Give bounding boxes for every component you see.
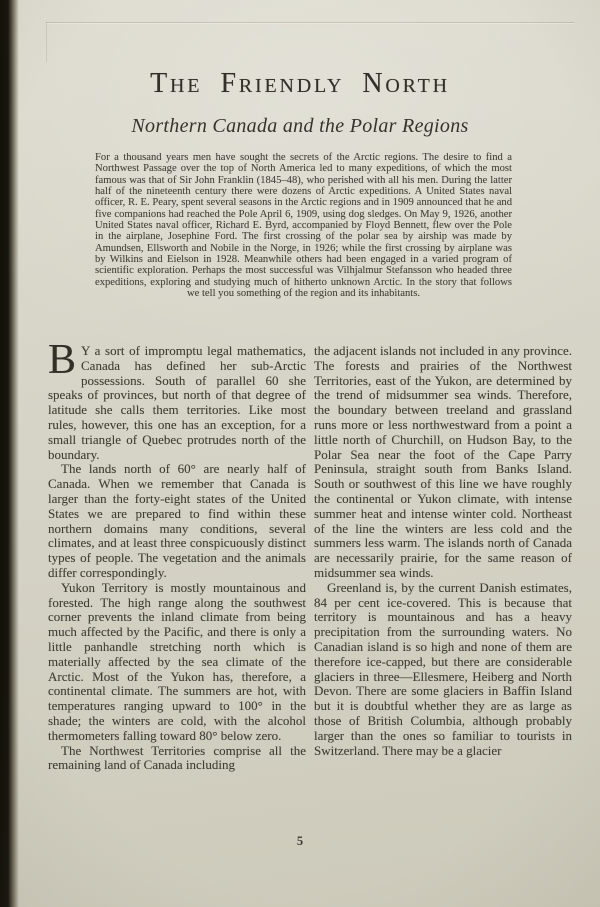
page-number: 5	[0, 834, 600, 849]
page-subtitle: Northern Canada and the Polar Regions	[0, 115, 600, 138]
page-content: The Friendly North Northern Canada and t…	[0, 0, 600, 907]
page-title: The Friendly North	[0, 68, 600, 100]
paragraph: Yukon Territory is mostly mountainous an…	[48, 581, 306, 744]
paragraph: The lands north of 60° are nearly half o…	[48, 462, 306, 580]
book-page-photo: The Friendly North Northern Canada and t…	[0, 0, 600, 907]
paragraph-text: Y a sort of impromptu legal mathematics,…	[48, 343, 306, 462]
paragraph: the adjacent islands not included in any…	[314, 344, 572, 581]
intro-paragraph: For a thousand years men have sought the…	[95, 152, 512, 299]
drop-cap: B	[48, 345, 76, 377]
paragraph: The Northwest Territories comprise all t…	[48, 744, 306, 774]
paragraph: Greenland is, by the current Danish esti…	[314, 581, 572, 759]
right-column: the adjacent islands not included in any…	[314, 344, 572, 773]
paragraph: BY a sort of impromptu legal mathematics…	[48, 344, 306, 462]
two-column-body: BY a sort of impromptu legal mathematics…	[48, 344, 572, 773]
left-column: BY a sort of impromptu legal mathematics…	[48, 344, 306, 773]
